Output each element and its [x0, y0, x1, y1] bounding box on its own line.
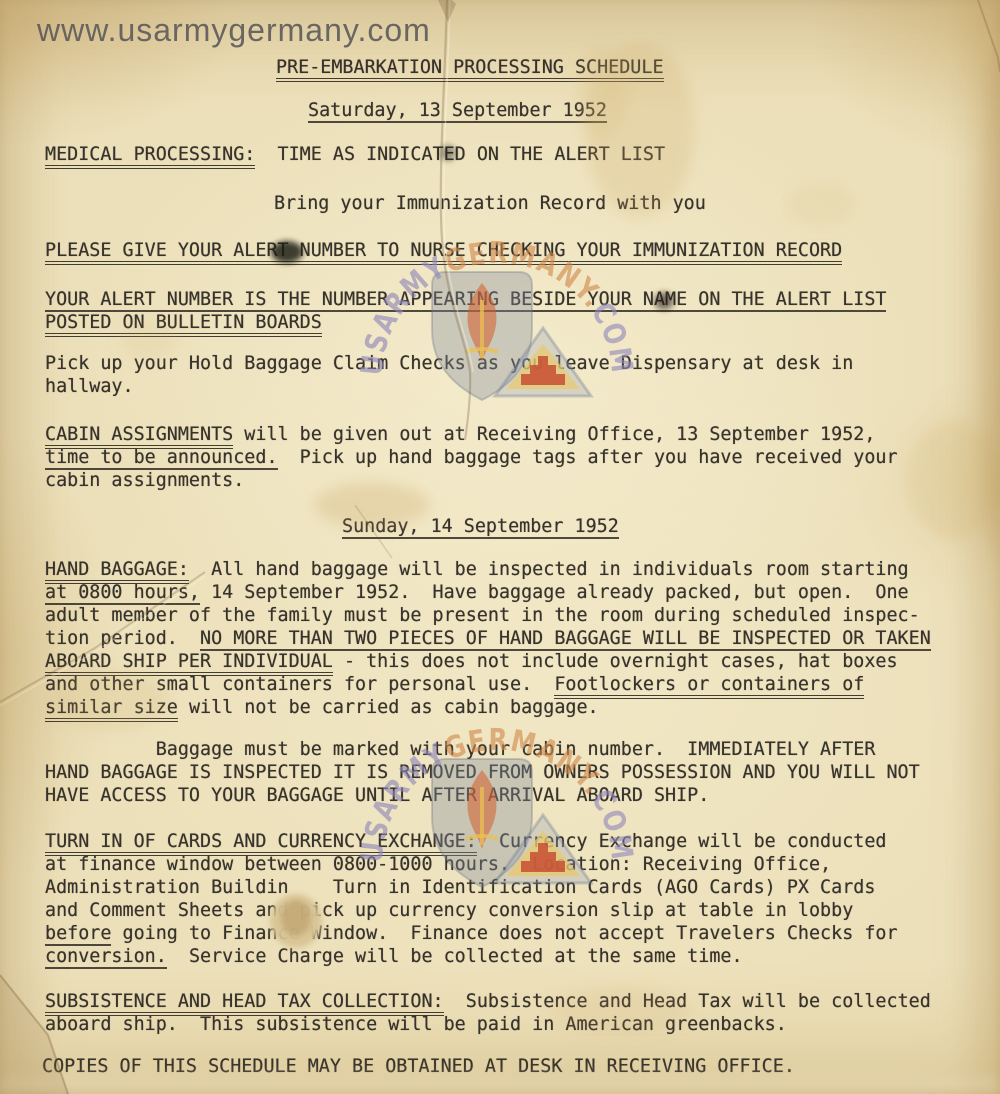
doc-line: POSTED ON BULLETIN BOARDS	[45, 311, 886, 334]
doc-line: CABIN ASSIGNMENTS will be given out at R…	[45, 423, 898, 446]
doc-line: time to be announced. Pick up hand bagga…	[45, 446, 898, 469]
text-segment: Service Charge will be collected at the …	[167, 946, 743, 967]
doc-line: and other small containers for personal …	[45, 673, 931, 696]
text-segment: Subsistence and Head Tax will be collect…	[444, 991, 931, 1012]
underlined-text: similar size	[45, 697, 178, 722]
doc-line: at 0800 hours, 14 September 1952. Have b…	[45, 581, 931, 604]
doc-line: Bring your Immunization Record with you	[274, 192, 706, 215]
underlined-text: PRE-EMBARKATION PROCESSING SCHEDULE	[276, 57, 664, 82]
text-segment: and Comment Sheets and pick up currency …	[45, 900, 853, 921]
doc-block: COPIES OF THIS SCHEDULE MAY BE OBTAINED …	[42, 1055, 795, 1078]
text-segment: - this does not include overnight cases,…	[333, 651, 898, 672]
doc-block: YOUR ALERT NUMBER IS THE NUMBER APPEARIN…	[45, 288, 886, 334]
text-segment: Administration Buildin Turn in Identific…	[45, 877, 875, 898]
text-segment: and other small containers for personal …	[45, 674, 554, 695]
text-segment: HAND BAGGAGE IS INSPECTED IT IS REMOVED …	[45, 762, 920, 783]
doc-line: Sunday, 14 September 1952	[342, 515, 619, 538]
doc-block: Saturday, 13 September 1952	[308, 99, 607, 122]
underlined-text: before	[45, 923, 111, 946]
document-body: PRE-EMBARKATION PROCESSING SCHEDULESatur…	[0, 0, 1000, 1094]
text-segment: Pick up hand baggage tags after you have…	[278, 447, 898, 468]
doc-block: Bring your Immunization Record with you	[274, 192, 706, 215]
underlined-text: YOUR ALERT NUMBER IS THE NUMBER APPEARIN…	[45, 289, 886, 312]
doc-block: Sunday, 14 September 1952	[342, 515, 619, 538]
doc-line: SUBSISTENCE AND HEAD TAX COLLECTION: Sub…	[45, 990, 931, 1013]
underlined-text: Saturday, 13 September 1952	[308, 100, 607, 123]
doc-line: aboard ship. This subsistence will be pa…	[45, 1013, 931, 1036]
doc-line: PRE-EMBARKATION PROCESSING SCHEDULE	[276, 56, 664, 79]
underlined-text: time to be announced.	[45, 447, 278, 470]
text-segment: All hand baggage will be inspected in in…	[189, 559, 909, 580]
doc-block: PRE-EMBARKATION PROCESSING SCHEDULE	[276, 56, 664, 79]
doc-block: SUBSISTENCE AND HEAD TAX COLLECTION: Sub…	[45, 990, 931, 1036]
doc-line: YOUR ALERT NUMBER IS THE NUMBER APPEARIN…	[45, 288, 886, 311]
doc-line: similar size will not be carried as cabi…	[45, 696, 931, 719]
doc-line: HAVE ACCESS TO YOUR BAGGAGE UNTIL AFTER …	[45, 784, 920, 807]
underlined-text: NO MORE THAN TWO PIECES OF HAND BAGGAGE …	[200, 628, 931, 651]
text-segment: cabin assignments.	[45, 470, 244, 491]
doc-line: Administration Buildin Turn in Identific…	[45, 876, 898, 899]
doc-line: hallway.	[45, 375, 853, 398]
text-segment: tion period.	[45, 628, 200, 649]
underlined-text: conversion.	[45, 946, 167, 969]
doc-line: at finance window between 0800-1000 hour…	[45, 853, 898, 876]
doc-line: Saturday, 13 September 1952	[308, 99, 607, 122]
text-segment: TIME AS INDICATED ON THE ALERT LIST	[255, 144, 665, 165]
doc-line: conversion. Service Charge will be colle…	[45, 945, 898, 968]
text-segment: Pick up your Hold Baggage Claim Checks a…	[45, 353, 853, 374]
doc-block: PLEASE GIVE YOUR ALERT NUMBER TO NURSE C…	[45, 239, 842, 262]
doc-block: Pick up your Hold Baggage Claim Checks a…	[45, 352, 853, 398]
text-segment: will be given out at Receiving Office, 1…	[233, 424, 875, 445]
doc-line: tion period. NO MORE THAN TWO PIECES OF …	[45, 627, 931, 650]
underlined-text: PLEASE GIVE YOUR ALERT NUMBER TO NURSE C…	[45, 240, 842, 265]
doc-line: TURN IN OF CARDS AND CURRENCY EXCHANGE: …	[45, 830, 898, 853]
text-segment: Bring your Immunization Record with you	[274, 193, 706, 214]
doc-line: before going to Finance Window. Finance …	[45, 922, 898, 945]
doc-block: HAND BAGGAGE: All hand baggage will be i…	[45, 558, 931, 719]
site-watermark-text: www.usarmygermany.com	[37, 12, 431, 49]
doc-block: TURN IN OF CARDS AND CURRENCY EXCHANGE: …	[45, 830, 898, 968]
scanned-document-page: www.usarmygermany.com PRE-EMBARKATION PR…	[0, 0, 1000, 1094]
text-segment: HAVE ACCESS TO YOUR BAGGAGE UNTIL AFTER …	[45, 785, 709, 806]
doc-line: Pick up your Hold Baggage Claim Checks a…	[45, 352, 853, 375]
doc-line: COPIES OF THIS SCHEDULE MAY BE OBTAINED …	[42, 1055, 795, 1078]
underlined-text: Footlockers or containers of	[554, 674, 864, 699]
doc-line: cabin assignments.	[45, 469, 898, 492]
underlined-text: at 0800 hours,	[45, 582, 200, 605]
doc-line: adult member of the family must be prese…	[45, 604, 931, 627]
text-segment: at finance window between 0800-1000 hour…	[45, 854, 831, 875]
doc-line: Baggage must be marked with your cabin n…	[45, 738, 920, 761]
text-segment: aboard ship. This subsistence will be pa…	[45, 1014, 787, 1035]
doc-line: PLEASE GIVE YOUR ALERT NUMBER TO NURSE C…	[45, 239, 842, 262]
text-segment: COPIES OF THIS SCHEDULE MAY BE OBTAINED …	[42, 1056, 795, 1077]
text-segment: Currency Exchange will be conducted	[477, 831, 887, 852]
text-segment: Baggage must be marked with your cabin n…	[45, 739, 875, 760]
underlined-text: Sunday, 14 September 1952	[342, 516, 619, 539]
text-segment: hallway.	[45, 376, 134, 397]
doc-line: MEDICAL PROCESSING: TIME AS INDICATED ON…	[45, 143, 665, 166]
text-segment: 14 September 1952. Have baggage already …	[200, 582, 909, 603]
doc-block: CABIN ASSIGNMENTS will be given out at R…	[45, 423, 898, 492]
doc-block: MEDICAL PROCESSING: TIME AS INDICATED ON…	[45, 143, 665, 166]
doc-line: and Comment Sheets and pick up currency …	[45, 899, 898, 922]
text-segment: going to Finance Window. Finance does no…	[111, 923, 897, 944]
doc-block: Baggage must be marked with your cabin n…	[45, 738, 920, 807]
text-segment: adult member of the family must be prese…	[45, 605, 920, 626]
text-segment: will not be carried as cabin baggage.	[178, 697, 599, 718]
doc-line: HAND BAGGAGE IS INSPECTED IT IS REMOVED …	[45, 761, 920, 784]
underlined-text: MEDICAL PROCESSING:	[45, 144, 255, 169]
underlined-text: POSTED ON BULLETIN BOARDS	[45, 312, 322, 337]
doc-line: ABOARD SHIP PER INDIVIDUAL - this does n…	[45, 650, 931, 673]
doc-line: HAND BAGGAGE: All hand baggage will be i…	[45, 558, 931, 581]
